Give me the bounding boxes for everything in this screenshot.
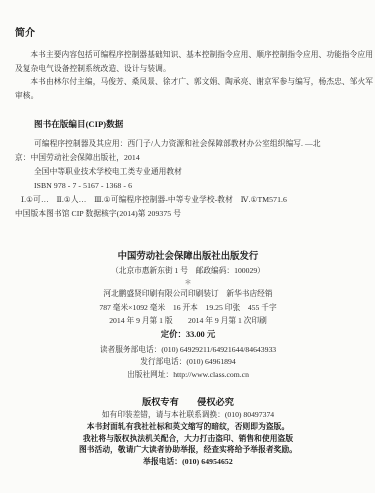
copyright-section: 版权专有 侵权必究 如有印装差错，请与本社联系调换：(010) 80497374… xyxy=(15,395,361,467)
anti-piracy-line: 我社将与版权执法机关配合，大力打击盗印、销售和使用盗版 xyxy=(15,433,361,445)
price-line: 定价：33.00 元 xyxy=(15,328,361,342)
contact-block: 读者服务部电话：(010) 64929211/64921644/84643933… xyxy=(15,344,361,382)
cip-line: 京：中国劳动社会保障出版社，2014 xyxy=(15,151,361,165)
cip-heading: 图书在版编目(CIP)数据 xyxy=(34,117,361,131)
format-line: 787 毫米×1092 毫米 16 开本 19.25 印张 455 千字 xyxy=(15,301,361,315)
book-copyright-page: 简介 本书主要内容包括可编程序控制器基础知识、基本控制指令应用、顺序控制指令应用… xyxy=(0,0,375,493)
exchange-line: 如有印装差错，请与本社联系调换：(010) 80497374 xyxy=(15,409,361,421)
copyright-notice: 版权专有 侵权必究 xyxy=(15,395,361,409)
publisher-line: 中国劳动社会保障出版社出版发行 xyxy=(15,250,361,264)
separator-asterisk: ＊ xyxy=(15,277,361,287)
distribution-phone: 发行部电话：(010) 64961894 xyxy=(15,356,361,369)
intro-line: 审核。 xyxy=(15,89,361,103)
cip-line: 全国中等职业技术学校电工类专业通用教材 xyxy=(34,165,361,179)
cip-section: 图书在版编目(CIP)数据 可编程序控制器及其应用：西门子/人力资源和社会保障部… xyxy=(15,117,361,221)
report-phone-line: 举报电话：(010) 64954652 xyxy=(15,456,361,468)
publisher-website: 出版社网址：http://www.class.com.cn xyxy=(15,369,361,382)
anti-piracy-line: 图书活动，敬请广大读者协助举报，经查实将给予举报者奖励。 xyxy=(15,444,361,456)
intro-section: 简介 本书主要内容包括可编程序控制器基础知识、基本控制指令应用、顺序控制指令应用… xyxy=(15,28,361,102)
cip-registry-line: 中国版本图书馆 CIP 数据核字(2014)第 209375 号 xyxy=(15,207,361,221)
anti-piracy-line: 本书封面轧有我社社标和英文缩写的暗纹，否则即为盗版。 xyxy=(15,421,361,433)
intro-line: 及复杂电气设备控制系统改造、设计与装调。 xyxy=(15,62,361,76)
printer-line: 河北鹏盛贤印刷有限公司印刷装订 新华书店经销 xyxy=(15,287,361,301)
cip-classification-line: Ⅰ.①可… Ⅱ.①人… Ⅲ.①可编程序控制器-中等专业学校-教材 Ⅳ.①TM57… xyxy=(21,193,361,207)
edition-line: 2014 年 9 月第 1 版 2014 年 9 月第 1 次印刷 xyxy=(15,314,361,328)
publisher-address: （北京市惠新东街 1 号 邮政编码：100029） xyxy=(15,264,361,277)
intro-line: 本书主要内容包括可编程序控制器基础知识、基本控制指令应用、顺序控制指令应用、功能… xyxy=(15,48,361,62)
reader-service-phone: 读者服务部电话：(010) 64929211/64921644/84643933 xyxy=(15,344,361,357)
intro-heading: 简介 xyxy=(15,28,361,40)
cip-line: 可编程序控制器及其应用：西门子/人力资源和社会保障部教材办公室组织编写. —北 xyxy=(34,137,361,151)
cip-isbn-line: ISBN 978 - 7 - 5167 - 1368 - 6 xyxy=(34,179,361,193)
intro-line: 本书由林尔付主编，马俊芳、桑凤景、徐才广、郭文娟、陶承亮、谢京军参与编写，杨杰忠… xyxy=(15,75,361,89)
imprint-section: 中国劳动社会保障出版社出版发行 （北京市惠新东街 1 号 邮政编码：100029… xyxy=(15,250,361,381)
